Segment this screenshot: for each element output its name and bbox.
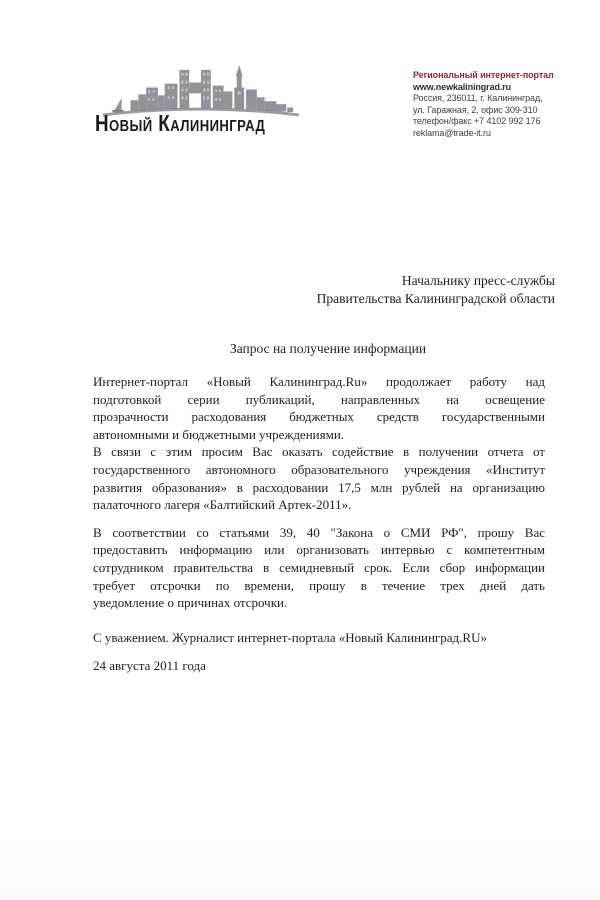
paragraph-line: требует отсрочки по времени, прошу в теч… [93,577,545,595]
paragraph-line: В связи с этим просим Вас оказать содейс… [93,443,545,461]
paragraph-3: В соответствии со статьями 39, 40 "Закон… [93,524,545,612]
date-line: 24 августа 2011 года [93,657,545,675]
contact-block: Региональный интернет-портал www.newkali… [413,70,554,140]
signature-line: С уважением. Журналист интернет-портала … [93,629,545,647]
letter-body: Интернет-портал «Новый Калининград.Ru» п… [93,373,545,675]
contact-website: www.newkaliningrad.ru [413,82,554,94]
contact-address-line2: ул. Гаражная, 2, офис 309-310 [413,105,554,117]
paragraph-line: автономными и бюджетными учреждениями. [93,426,545,444]
paragraph-2: В связи с этим просим Вас оказать содейс… [93,443,545,513]
contact-email: reklama@trade-it.ru [413,128,554,140]
contact-portal-type: Региональный интернет-портал [413,70,554,82]
paragraph-line: В соответствии со статьями 39, 40 "Закон… [93,524,545,542]
addressee-line1: Начальнику пресс-службы [317,272,555,290]
paragraph-line: Интернет-портал «Новый Калининград.Ru» п… [93,373,545,391]
paragraph-1: Интернет-портал «Новый Калининград.Ru» п… [93,373,545,443]
addressee-block: Начальнику пресс-службы Правительства Ка… [317,272,555,307]
paragraph-line: государственного автономного образовател… [93,461,545,479]
addressee-line2: Правительства Калининградской области [317,290,555,308]
paragraph-line: предоставить информацию или организовать… [93,541,545,559]
paragraph-line: уведомление о причинах отсрочки. [93,594,545,612]
paragraph-line: подготовкой серии публикаций, направленн… [93,391,545,409]
subject-line: Запрос на получение информации [93,341,545,357]
paragraph-line: палаточного лагеря «Балтийский Артек-201… [93,496,545,514]
paragraph-line: развития образования» в расходовании 17,… [93,479,545,497]
paragraph-line: сотрудником правительства в семидневный … [93,559,545,577]
paragraph-line: прозрачности расходования бюджетных сред… [93,408,545,426]
logo-title: Новый Калининград [95,110,265,137]
city-skyline-icon [103,57,299,118]
letter-page: Новый Калининград Региональный интернет-… [0,0,600,900]
contact-address-line1: Россия, 236011, г. Калининград, [413,93,554,105]
contact-phone: телефон/факс +7 4102 992 176 [413,116,554,128]
